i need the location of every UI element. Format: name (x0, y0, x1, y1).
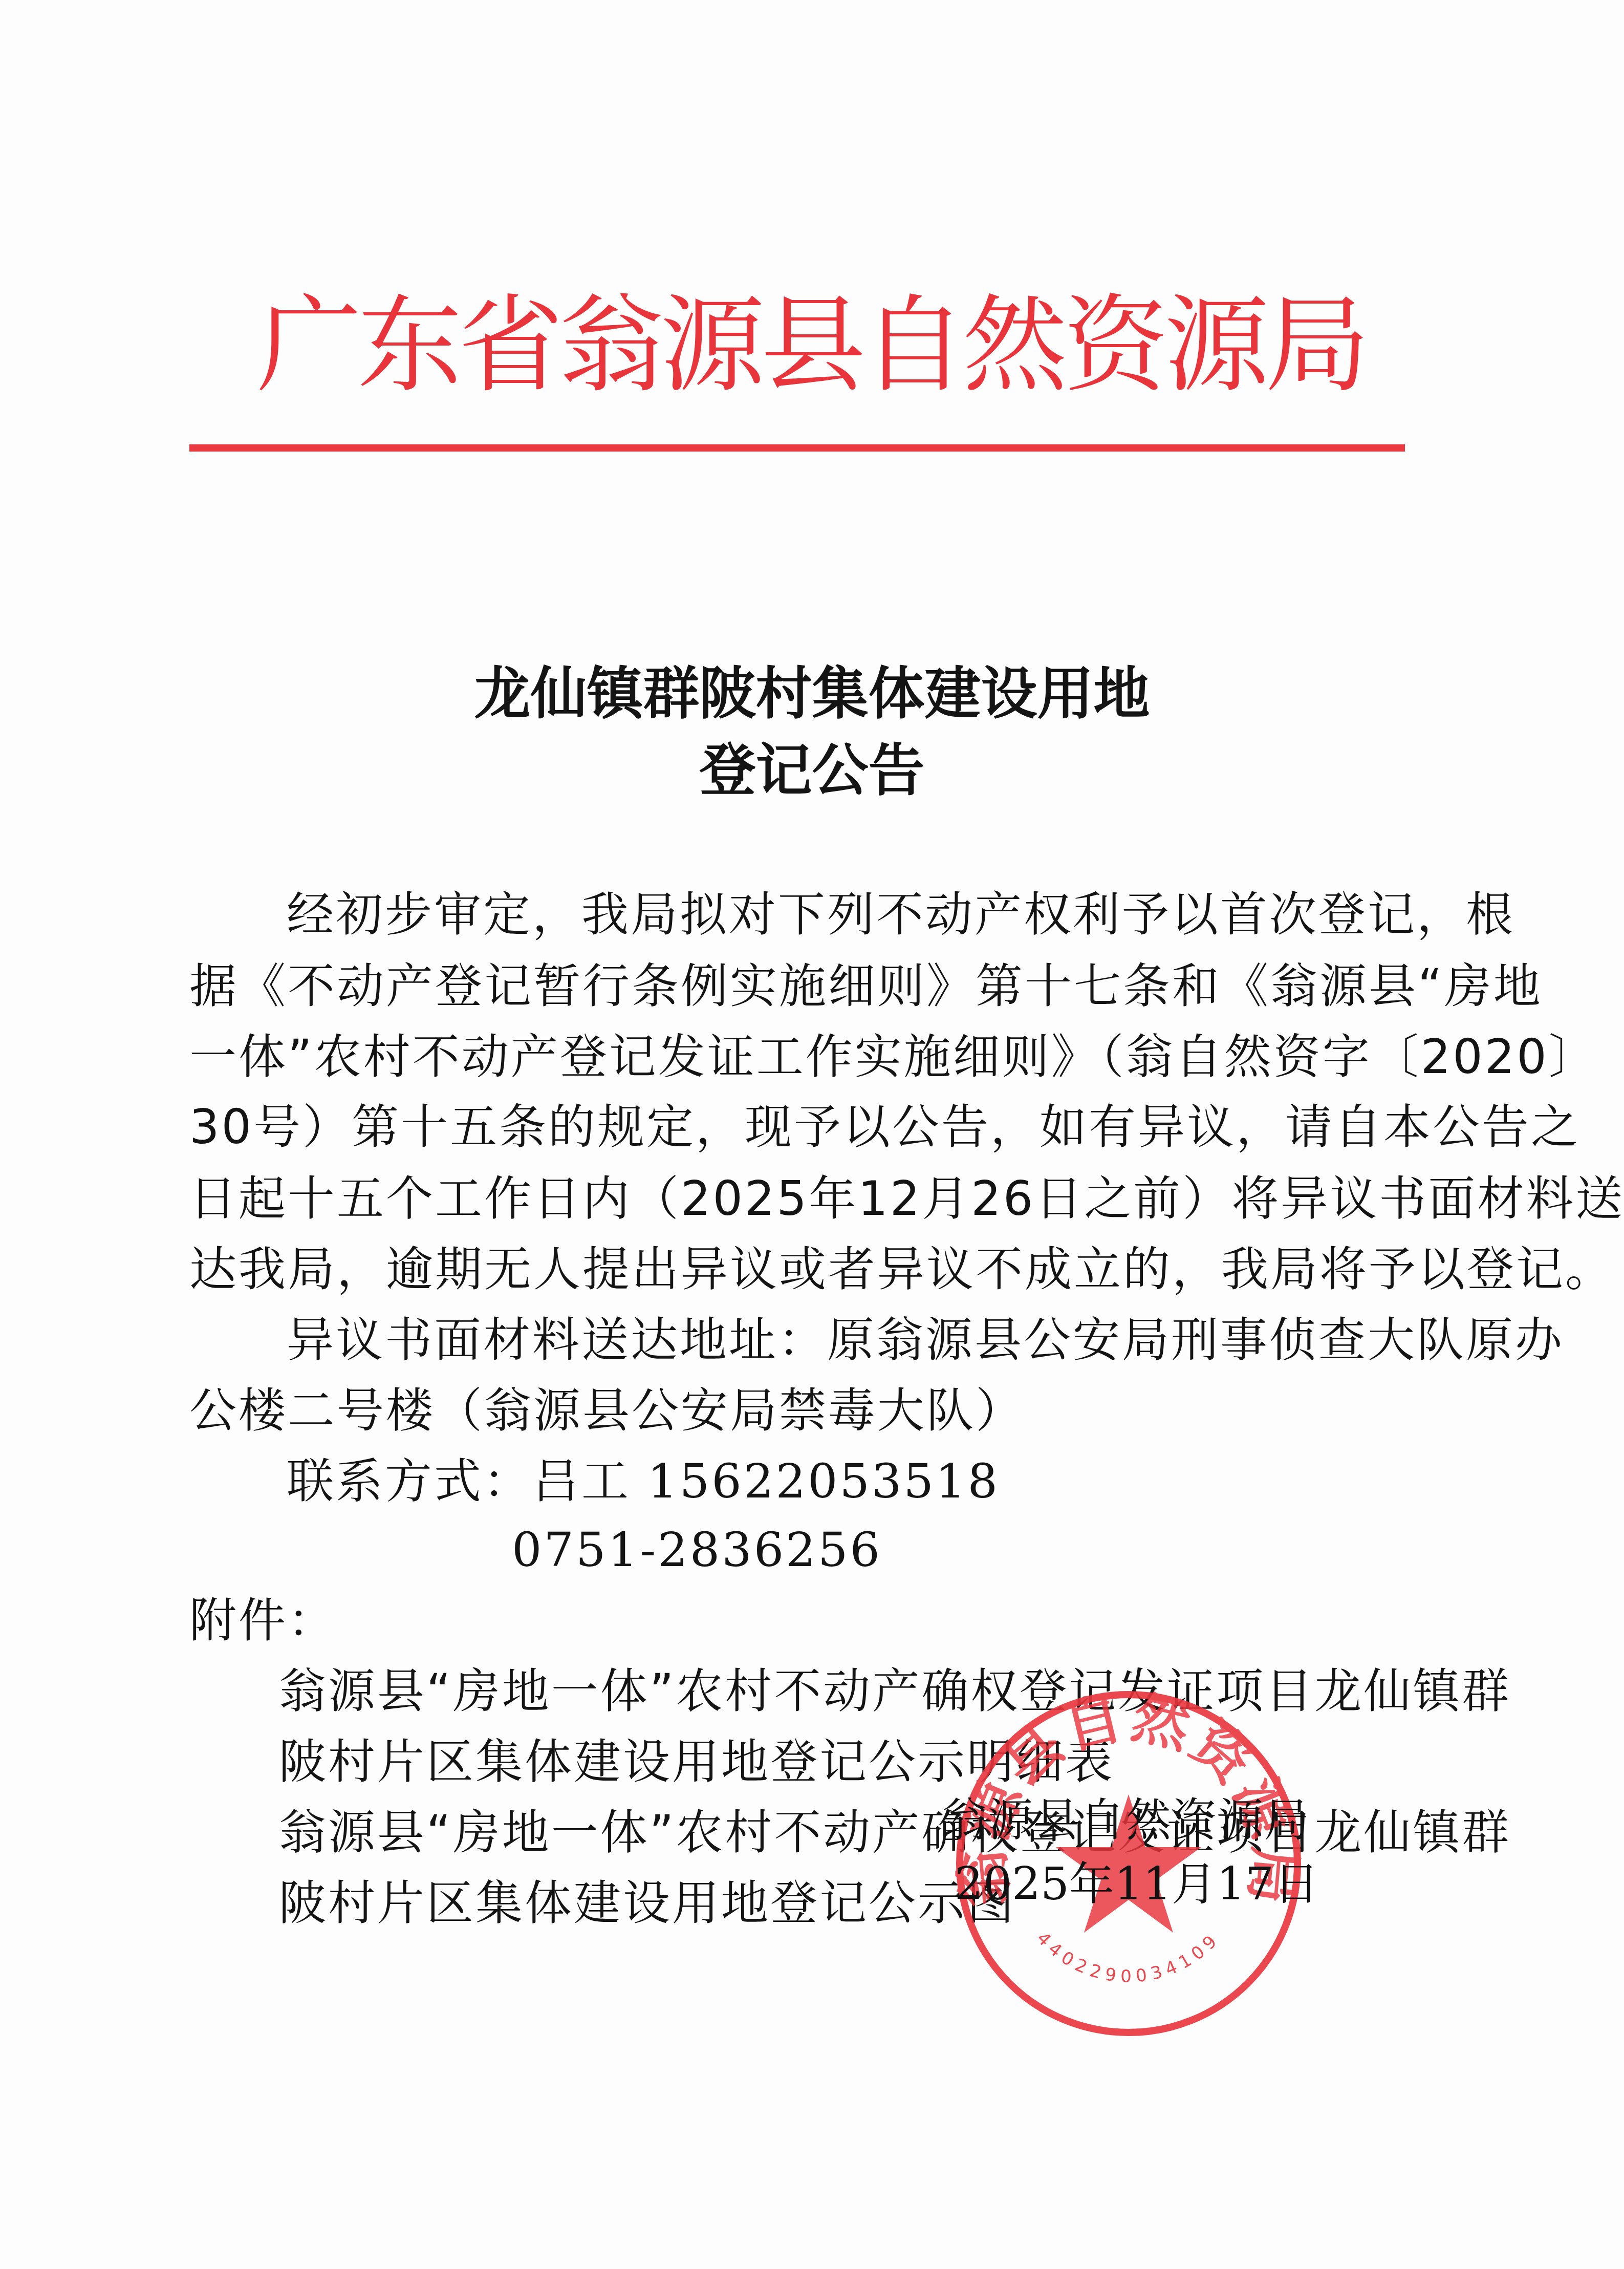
body-line: 据《不动产登记暂行条例实施细则》第十七条和《翁源县“房地 (189, 956, 1405, 1017)
contact-row: 联系方式：吕工 15622053518 (287, 1451, 1000, 1512)
body-line: 30号）第十五条的规定，现予以公告，如有异议，请自本公告之 (189, 1097, 1405, 1158)
body-line: 日起十五个工作日内（2025年12月26日之前）将异议书面材料送 (189, 1168, 1405, 1230)
body-line: 一体”农村不动产登记发证工作实施细则》（翁自然资字〔2020〕 (189, 1026, 1405, 1088)
svg-text:4402290034109: 4402290034109 (1033, 1928, 1225, 1987)
contact-mobile: 15622053518 (647, 1454, 1000, 1509)
letterhead-red-divider (189, 444, 1405, 452)
contact-landline: 0751-2836256 (512, 1519, 882, 1581)
contact-label: 联系方式： (287, 1454, 532, 1509)
seal-serial: 4402290034109 (1033, 1928, 1225, 1987)
body-line: 经初步审定，我局拟对下列不动产权利予以首次登记，根 (287, 884, 1405, 946)
body-line: 达我局，逾期无人提出异议或者异议不成立的，我局将予以登记。 (189, 1239, 1405, 1300)
signature-date: 2025年11月17日 (955, 1856, 1319, 1912)
address-line: 公楼二号楼（翁源县公安局禁毒大队） (189, 1380, 1025, 1442)
document-title-line2: 登记公告 (0, 737, 1624, 804)
attachment-item-2-line2: 陂村片区集体建设用地登记公示图 (279, 1873, 1016, 1934)
attachments-label: 附件： (189, 1590, 337, 1652)
signature-issuer: 翁源县自然资源局 (942, 1792, 1310, 1848)
contact-person: 吕工 (532, 1454, 631, 1509)
address-line: 异议书面材料送达地址：原翁源县公安局刑事侦查大队原办 (287, 1310, 1405, 1371)
document-title-line1: 龙仙镇群陂村集体建设用地 (0, 660, 1624, 727)
letterhead-agency-name: 广东省翁源县自然资源局 (220, 279, 1402, 412)
